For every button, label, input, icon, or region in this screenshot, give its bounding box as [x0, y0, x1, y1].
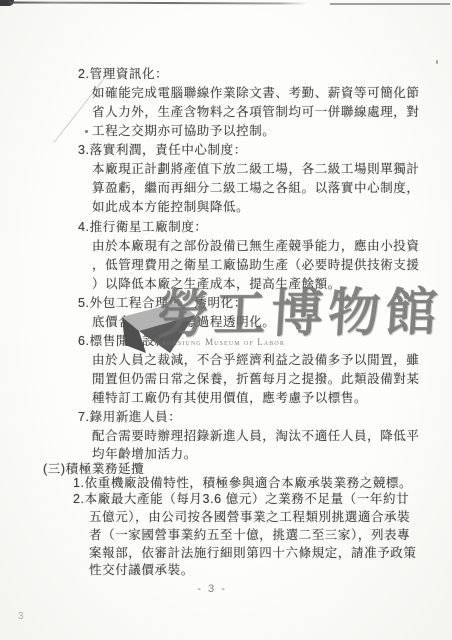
- text-line: 由於本廠現有之部份設備已無生產競爭能力，應由小投資: [92, 239, 420, 253]
- list-item-heading: 2.本廠最大產能（每月3.6 億元）之業務不足量（一年約廿: [73, 492, 409, 506]
- page-number: - 3 -: [0, 583, 438, 595]
- text-line: 算盈虧，繼而再細分二級工場之各組。以落實中心制度，: [92, 181, 420, 195]
- text-line: 配合需要時辦理招錄新進人員，淘汰不適任人員，降低平: [92, 429, 420, 443]
- text-line: 本廠現正計劃將產值下放二級工場，各二級工場則單獨計: [92, 162, 420, 176]
- text-line: ，低管理費用之衛星工廠協助生產（必要時提供技術支援: [92, 258, 420, 272]
- list-item-heading: 1.依重機廠設備特性，積極參與適合本廠承裝業務之競標。: [73, 476, 412, 490]
- margin-pencil-mark: 3: [18, 611, 24, 622]
- scan-artifact: [436, 60, 438, 64]
- list-item-heading: 3.落實利潤，責任中心制度：: [78, 143, 247, 157]
- text-line: 性交付議價承裝。: [89, 563, 194, 577]
- section-heading: (三)積極業務延攬: [43, 462, 144, 476]
- text-line: 者（一家國營事業約五至十億，挑選二至三家），列表專: [89, 528, 410, 542]
- scan-artifact: [85, 130, 88, 133]
- text-line: 均年齡增加活力。: [92, 447, 197, 461]
- text-line: 種特訂工廠仍有其使用價值，應考慮予以標售。: [92, 391, 367, 405]
- scan-artifact: [330, 3, 450, 5]
- watermark-calligraphy: 勞工博物館: [155, 283, 444, 345]
- text-line: 案報部，依審計法施行細則第四十六條規定，請准予政策: [89, 546, 417, 560]
- text-line: 工程之交期亦可協助予以控制。: [92, 124, 275, 138]
- list-item-heading: 7.錄用新進人員：: [78, 410, 181, 424]
- watermark-caption: Kaohsiung Museum of Labor: [154, 337, 285, 347]
- text-line: 閒置但仍需日常之保養，折舊每月之提撥。此類設備對某: [92, 372, 420, 386]
- list-item-heading: 2.管理資訊化：: [78, 67, 168, 81]
- text-line: 如確能完成電腦聯線作業除文書、考勤、薪資等可簡化節: [92, 86, 420, 100]
- text-line: 五億元），由公司按各國營事業之工程類別挑選適合承裝: [89, 510, 410, 524]
- list-item-heading: 4.推行衛星工廠制度：: [78, 220, 208, 234]
- text-line: 省人力外，生產含物料之各項管制均可一併聯線處理，對: [92, 105, 420, 119]
- text-line: 如此成本方能控制與降低。: [92, 200, 249, 214]
